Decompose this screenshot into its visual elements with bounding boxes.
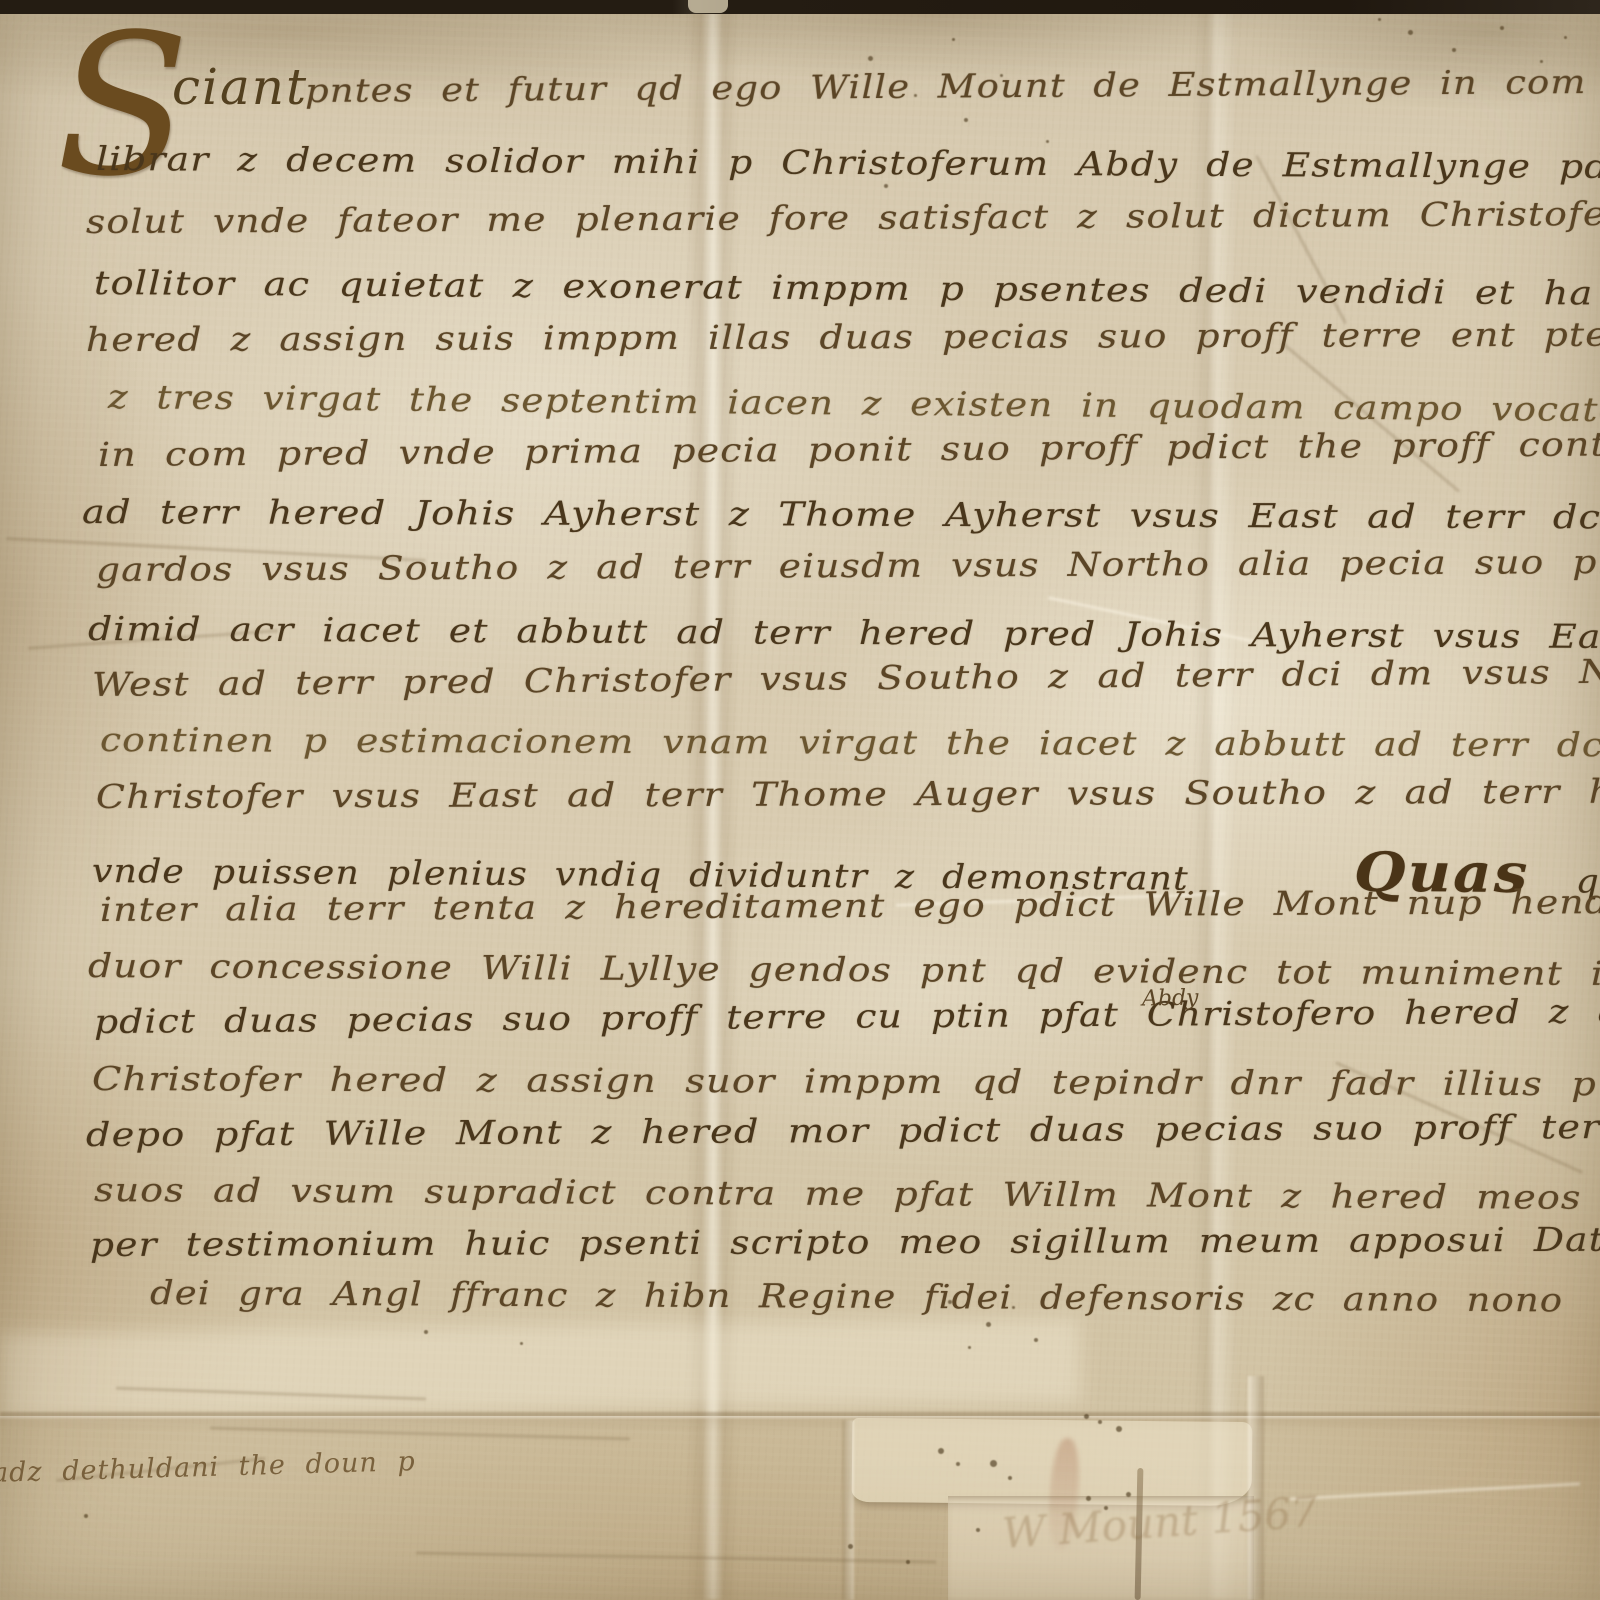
manuscript-line: hered z assign suis imppm illas duas pec… xyxy=(86,318,1600,356)
endorsement-note: adz dethuldani the doun p xyxy=(0,1446,416,1489)
faint-inscription: W Mount 1567 xyxy=(1001,1487,1320,1558)
manuscript-line: in com pred vnde prima pecia ponit suo p… xyxy=(98,427,1600,471)
interlinear-insertion: Abdy xyxy=(1142,986,1199,1012)
manuscript-photo: S ciant pntes et futur qd ego Wille Moun… xyxy=(0,0,1600,1600)
manuscript-line: continen p estimacionem vnam virgat the … xyxy=(100,723,1600,762)
manuscript-line: inter alia terr tenta z hereditament ego… xyxy=(100,885,1600,926)
manuscript-line: tollitor ac quietat z exonerat imppm p p… xyxy=(94,266,1594,309)
manuscript-line: pntes et futur qd ego Wille Mount de Est… xyxy=(305,64,1600,107)
manuscript-line: suos ad vsum supradict contra me pfat Wi… xyxy=(94,1173,1600,1215)
manuscript-line: z tres virgat the septentim iacen z exis… xyxy=(108,380,1600,428)
manuscript-line: per testimonium huic psenti scripto meo … xyxy=(90,1222,1600,1261)
manuscript-line: ad terr hered Johis Ayherst z Thome Ayhe… xyxy=(82,495,1600,534)
manuscript-line: solut vnde fateor me plenarie fore satis… xyxy=(86,196,1600,238)
manuscript-line: gardos vsus Southo z ad terr eiusdm vsus… xyxy=(96,544,1600,586)
manuscript-text: S ciant pntes et futur qd ego Wille Moun… xyxy=(0,0,1600,1600)
manuscript-line: dimid acr iacet et abbutt ad terr hered … xyxy=(88,612,1600,654)
manuscript-line: Christofer hered z assign suor imppm qd … xyxy=(92,1062,1600,1100)
manuscript-line: duor concessione Willi Lyllye gendos pnt… xyxy=(88,949,1600,990)
opening-word: ciant xyxy=(172,62,308,112)
manuscript-line: pdict duas pecias suo proff terre cu pti… xyxy=(94,994,1600,1038)
manuscript-line: West ad terr pred Christofer vsus Southo… xyxy=(92,654,1600,701)
manuscript-line: dei gra Angl ffranc z hibn Regine fidei … xyxy=(150,1276,1563,1316)
manuscript-line: librar z decem solidor mihi p Christofer… xyxy=(96,142,1600,184)
manuscript-line: depo pfat Wille Mont z hered mor pdict d… xyxy=(86,1110,1600,1151)
manuscript-line: Christofer vsus East ad terr Thome Auger… xyxy=(96,774,1600,813)
